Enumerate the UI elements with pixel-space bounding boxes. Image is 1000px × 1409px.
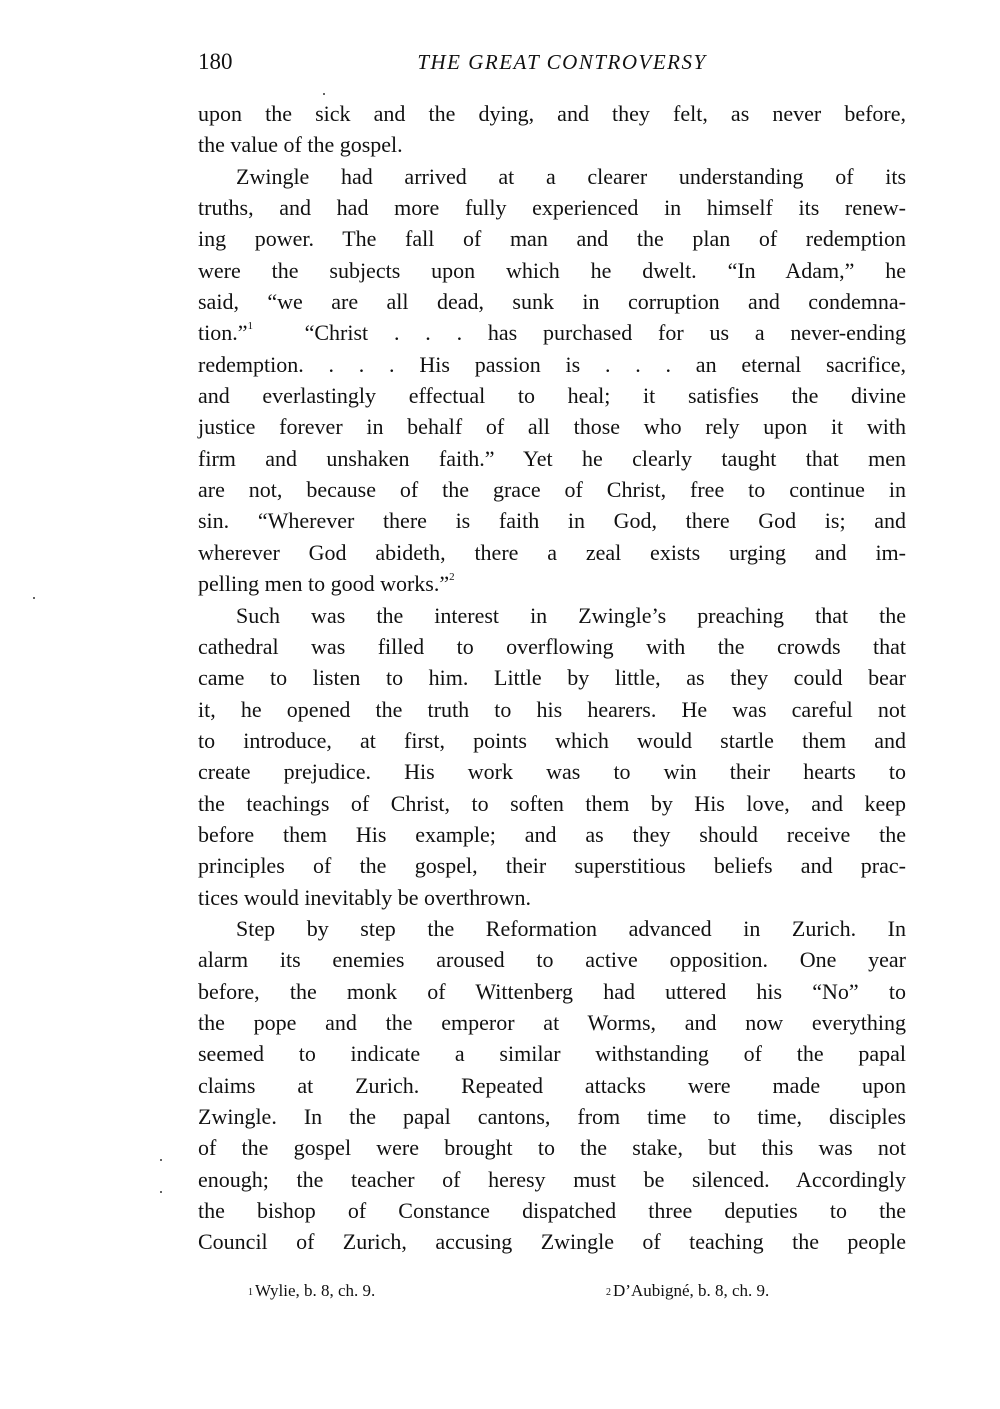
text-line: the pope and the emperor at Worms, and n… (198, 1007, 906, 1038)
text-line: Zwingle. In the papal cantons, from time… (198, 1101, 906, 1132)
text-line: seemed to indicate a similar withstandin… (198, 1038, 906, 1069)
text-line: Such was the interest in Zwingle’s preac… (198, 600, 906, 631)
text-line: before, the monk of Wittenberg had utter… (198, 976, 906, 1007)
footnote-ref-1[interactable]: 1 (248, 320, 254, 332)
text-line: redemption. . . . His passion is . . . a… (198, 349, 906, 380)
text-line: alarm its enemies aroused to active oppo… (198, 944, 906, 975)
text-line: firm and unshaken faith.” Yet he clearly… (198, 443, 906, 474)
text-line: to introduce, at first, points which wou… (198, 725, 906, 756)
text-line: cathedral was filled to overflowing with… (198, 631, 906, 662)
scan-speck (160, 1159, 162, 1161)
running-head: 180 THE GREAT CONTROVERSY (198, 45, 906, 79)
text-line: claims at Zurich. Repeated attacks were … (198, 1070, 906, 1101)
text-line: and everlastingly effectual to heal; it … (198, 380, 906, 411)
text-line: the teachings of Christ, to soften them … (198, 788, 906, 819)
footnote-mark: 1 (248, 1287, 253, 1298)
text-line: said, “we are all dead, sunk in corrupti… (198, 286, 906, 317)
text-line: tion.”1 “Christ . . . has purchased for … (198, 317, 906, 348)
quote-end: tion.” (198, 320, 248, 345)
text-line: wherever God abideth, there a zeal exist… (198, 537, 906, 568)
scan-speck (160, 1191, 162, 1193)
text-line: Council of Zurich, accusing Zwingle of t… (198, 1226, 906, 1257)
footnote-text: D’Aubigné, b. 8, ch. 9. (613, 1281, 769, 1300)
scan-speck (33, 597, 35, 599)
book-title: THE GREAT CONTROVERSY (198, 45, 906, 79)
book-page: 180 THE GREAT CONTROVERSY upon the sick … (0, 0, 1000, 1409)
text-line: tices would inevitably be overthrown. (198, 882, 906, 913)
text-line: came to listen to him. Little by little,… (198, 662, 906, 693)
text-line: sin. “Wherever there is faith in God, th… (198, 505, 906, 536)
text-line: enough; the teacher of heresy must be si… (198, 1164, 906, 1195)
footnotes: 1Wylie, b. 8, ch. 9. 2D’Aubigné, b. 8, c… (198, 1278, 906, 1304)
text-line-content: pelling men to good works.” (198, 571, 449, 596)
text-line: it, he opened the truth to his hearers. … (198, 694, 906, 725)
footnote-1: 1Wylie, b. 8, ch. 9. (248, 1278, 375, 1304)
text-line: are not, because of the grace of Christ,… (198, 474, 906, 505)
footnote-ref-2[interactable]: 2 (449, 571, 455, 583)
text-line: before them His example; and as they sho… (198, 819, 906, 850)
text-line: principles of the gospel, their supersti… (198, 850, 906, 881)
text-line: the value of the gospel. (198, 129, 906, 160)
text-line: were the subjects upon which he dwelt. “… (198, 255, 906, 286)
text-line: Step by step the Reformation advanced in… (198, 913, 906, 944)
text-line: ing power. The fall of man and the plan … (198, 223, 906, 254)
footnote-text: Wylie, b. 8, ch. 9. (255, 1281, 375, 1300)
text-line: create prejudice. His work was to win th… (198, 756, 906, 787)
text-line: pelling men to good works.”2 (198, 568, 906, 599)
footnote-mark: 2 (606, 1287, 611, 1298)
scan-speck (323, 93, 325, 95)
text-line: Zwingle had arrived at a clearer underst… (198, 161, 906, 192)
text-line: justice forever in behalf of all those w… (198, 411, 906, 442)
text-line: of the gospel were brought to the stake,… (198, 1132, 906, 1163)
text-line: the bishop of Constance dispatched three… (198, 1195, 906, 1226)
quote-start: “Christ . . . has purchased for us a nev… (305, 320, 906, 345)
body-text: upon the sick and the dying, and they fe… (198, 98, 906, 1258)
text-line: upon the sick and the dying, and they fe… (198, 98, 906, 129)
text-line: truths, and had more fully experienced i… (198, 192, 906, 223)
footnote-2: 2D’Aubigné, b. 8, ch. 9. (606, 1278, 769, 1304)
